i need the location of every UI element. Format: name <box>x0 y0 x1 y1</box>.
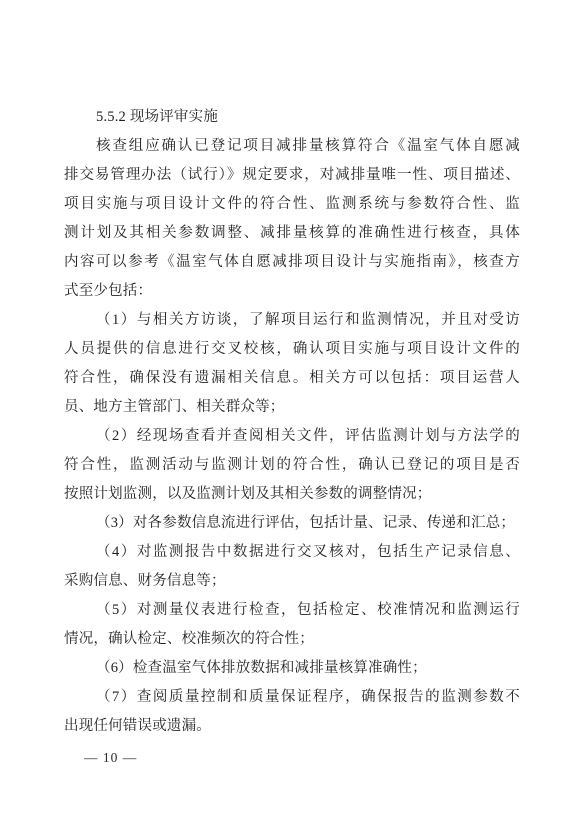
text-line: 符合性，确保没有遗漏相关信息。相关方可以包括：项目运营人 <box>64 364 520 393</box>
document-page: 5.5.2 现场评审实施核查组应确认已登记项目减排量核算符合《温室气体自愿减排交… <box>0 0 585 830</box>
section-heading: 5.5.2 现场评审实施 <box>64 103 520 132</box>
text-line: 排交易管理办法（试行）》规定要求，对减排量唯一性、项目描述、 <box>64 161 520 190</box>
text-line: 情况，确认检定、校准频次的符合性； <box>64 625 520 654</box>
text-line: 测计划及其相关参数调整、减排量核算的准确性进行核查，具体 <box>64 219 520 248</box>
text-line: 核查组应确认已登记项目减排量核算符合《温室气体自愿减 <box>64 132 520 161</box>
text-line: 按照计划监测，以及监测计划及其相关参数的调整情况； <box>64 480 520 509</box>
text-line: 项目实施与项目设计文件的符合性、监测系统与参数符合性、监 <box>64 190 520 219</box>
text-line: （7）查阅质量控制和质量保证程序，确保报告的监测参数不 <box>64 683 520 712</box>
text-line: 人员提供的信息进行交叉校核，确认项目实施与项目设计文件的 <box>64 335 520 364</box>
text-line: （4）对监测报告中数据进行交叉核对，包括生产记录信息、 <box>64 538 520 567</box>
text-line: 采购信息、财务信息等； <box>64 567 520 596</box>
text-line: （5）对测量仪表进行检查，包括检定、校准情况和监测运行 <box>64 596 520 625</box>
text-line: 内容可以参考《温室气体自愿减排项目设计与实施指南》，核查方 <box>64 248 520 277</box>
text-block: 5.5.2 现场评审实施核查组应确认已登记项目减排量核算符合《温室气体自愿减排交… <box>64 103 520 741</box>
text-line: 员、地方主管部门、相关群众等； <box>64 393 520 422</box>
text-line: 符合性，监测活动与监测计划的符合性，确认已登记的项目是否 <box>64 451 520 480</box>
text-line: （1）与相关方访谈，了解项目运行和监测情况，并且对受访 <box>64 306 520 335</box>
text-line: （2）经现场查看并查阅相关文件，评估监测计划与方法学的 <box>64 422 520 451</box>
text-line: 式至少包括： <box>64 277 520 306</box>
text-line: 出现任何错误或遗漏。 <box>64 712 520 741</box>
page-number: — 10 — <box>84 748 137 768</box>
text-line: （3）对各参数信息流进行评估，包括计量、记录、传递和汇总； <box>64 509 520 538</box>
text-line: （6）检查温室气体排放数据和减排量核算准确性； <box>64 654 520 683</box>
